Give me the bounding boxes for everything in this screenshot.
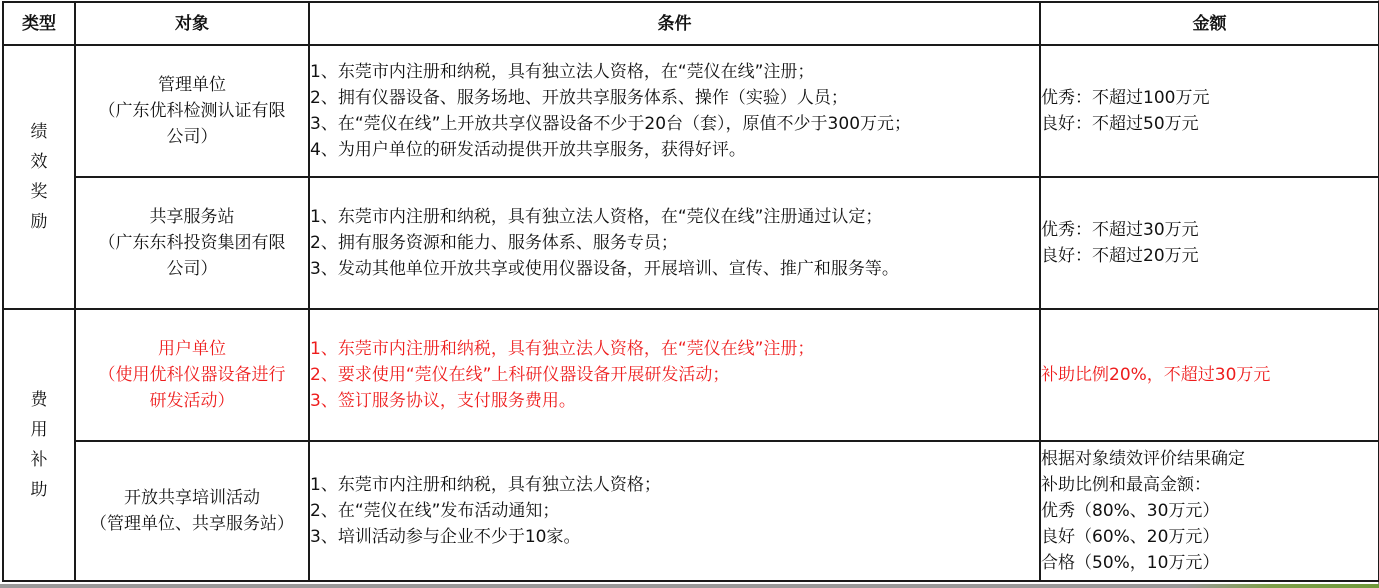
table-row: 绩 效 奖 励 管理单位 （广东优科检测认证有限 公司） 1、东莞市内注册和纳税… [3, 45, 1379, 177]
document-sheet: 类型 对象 条件 金额 绩 效 奖 励 管理单位 （广东 [0, 0, 1378, 584]
type-label: 费 用 补 助 [29, 385, 49, 505]
table-row: 费 用 补 助 用户单位 （使用优科仪器设备进行 研发活动） 1、东莞市内注册和… [3, 309, 1379, 441]
background-strip [0, 584, 1379, 588]
amount-cell: 根据对象绩效评价结果确定 补助比例和最高金额： 优秀（80%、30万元） 良好（… [1040, 441, 1379, 581]
type-label: 绩 效 奖 励 [29, 117, 49, 237]
policy-table: 类型 对象 条件 金额 绩 效 奖 励 管理单位 （广东 [2, 1, 1379, 582]
conditions-cell: 1、东莞市内注册和纳税，具有独立法人资格，在“莞仪在线”注册； 2、拥有仪器设备… [309, 45, 1040, 177]
amount-cell: 优秀：不超过30万元 良好：不超过20万元 [1040, 177, 1379, 309]
target-cell-highlighted: 用户单位 （使用优科仪器设备进行 研发活动） [75, 309, 309, 441]
type-cell-performance-reward: 绩 效 奖 励 [3, 45, 75, 309]
amount-cell: 优秀：不超过100万元 良好：不超过50万元 [1040, 45, 1379, 177]
header-row: 类型 对象 条件 金额 [3, 2, 1379, 45]
header-type: 类型 [3, 2, 75, 45]
amount-cell-highlighted: 补助比例20%，不超过30万元 [1040, 309, 1379, 441]
table-row: 开放共享培训活动 （管理单位、共享服务站） 1、东莞市内注册和纳税，具有独立法人… [3, 441, 1379, 581]
target-cell: 共享服务站 （广东东科投资集团有限 公司） [75, 177, 309, 309]
conditions-cell: 1、东莞市内注册和纳税，具有独立法人资格； 2、在“莞仪在线”发布活动通知； 3… [309, 441, 1040, 581]
conditions-cell-highlighted: 1、东莞市内注册和纳税，具有独立法人资格，在“莞仪在线”注册； 2、要求使用“莞… [309, 309, 1040, 441]
table-row: 共享服务站 （广东东科投资集团有限 公司） 1、东莞市内注册和纳税，具有独立法人… [3, 177, 1379, 309]
target-cell: 开放共享培训活动 （管理单位、共享服务站） [75, 441, 309, 581]
target-cell: 管理单位 （广东优科检测认证有限 公司） [75, 45, 309, 177]
type-cell-expense-subsidy: 费 用 补 助 [3, 309, 75, 581]
header-target: 对象 [75, 2, 309, 45]
header-amount: 金额 [1040, 2, 1379, 45]
conditions-cell: 1、东莞市内注册和纳税，具有独立法人资格，在“莞仪在线”注册通过认定； 2、拥有… [309, 177, 1040, 309]
header-conditions: 条件 [309, 2, 1040, 45]
